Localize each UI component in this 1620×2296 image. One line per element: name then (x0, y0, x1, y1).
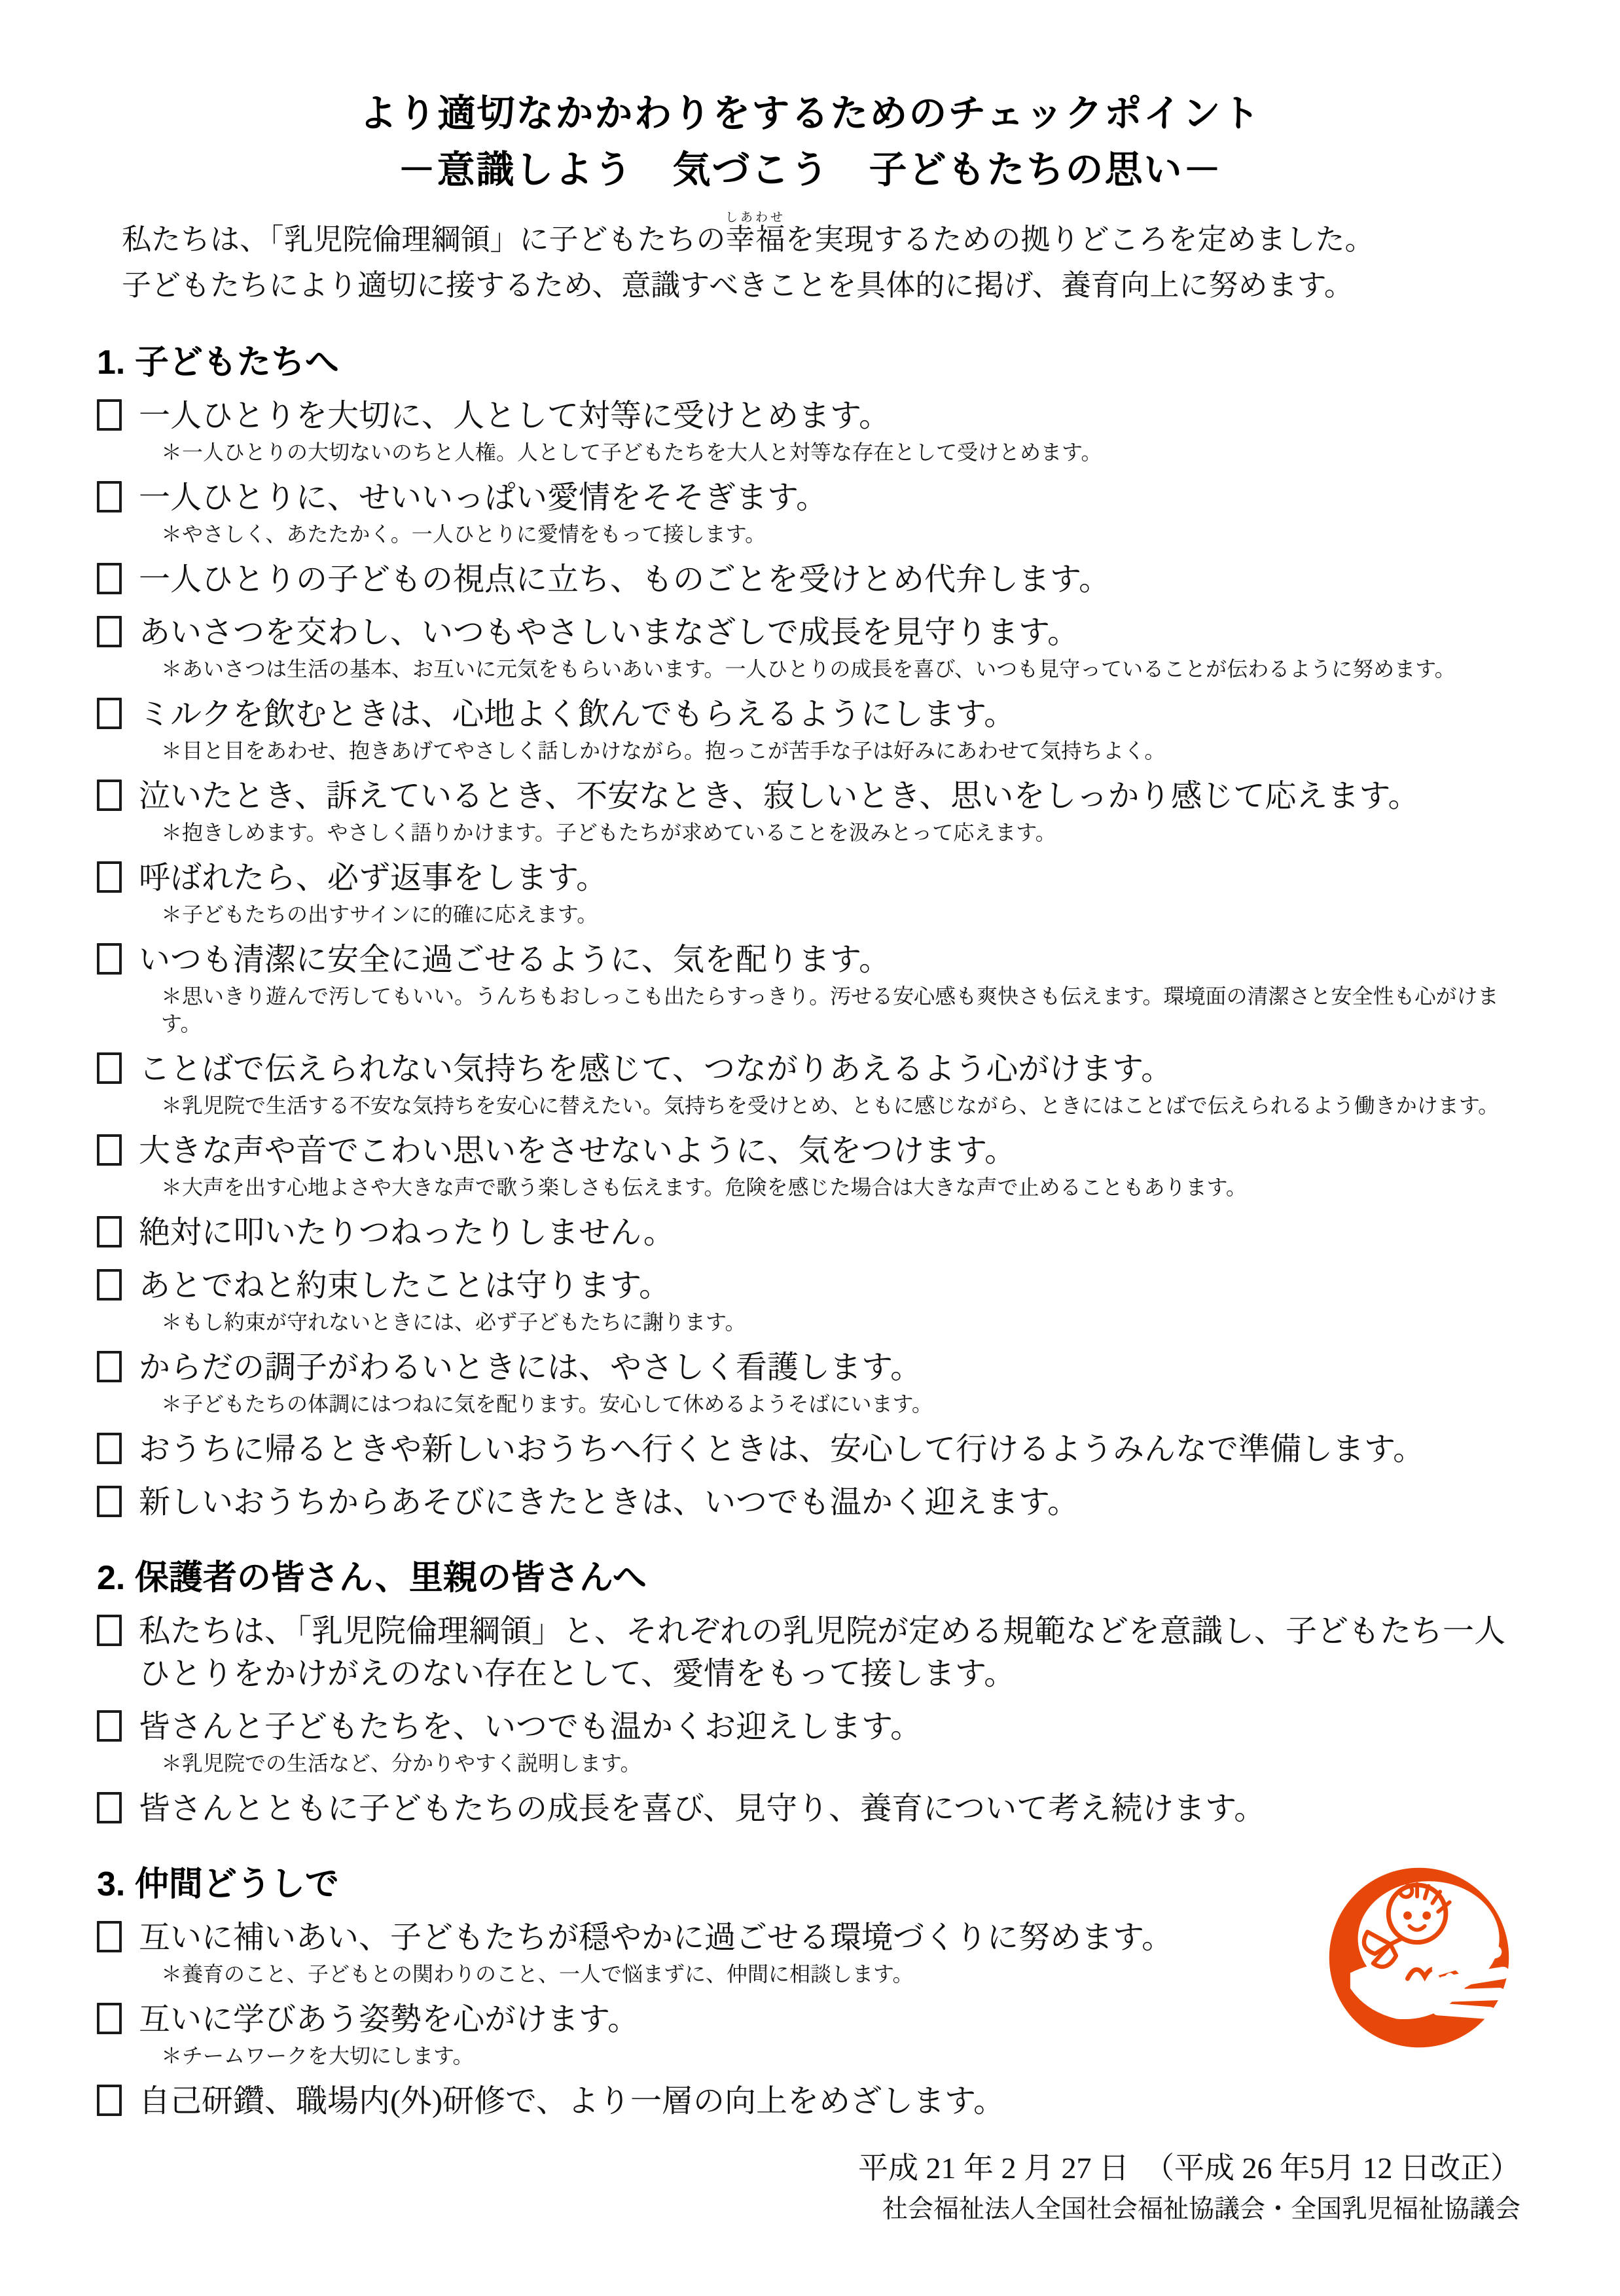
checklist-item: 新しいおうちからあそびにきたときは、いつでも温かく迎えます。 (97, 1481, 1523, 1524)
checklist-item: 一人ひとりを大切に、人として対等に受けとめます。 (97, 395, 1523, 437)
checklist-item-note: ＊子どもたちの体調にはつねに気を配ります。安心して休めるようそばにいます。 (161, 1390, 1523, 1418)
checkbox-icon[interactable] (97, 399, 122, 431)
checklist-item-label: 大きな声や音でこわい思いをさせないように、気をつけます。 (139, 1130, 1523, 1172)
checklist-item: ことばで伝えられない気持ちを感じて、つながりあえるよう心がけます。 (97, 1048, 1523, 1090)
checklist-item-note: ＊もし約束が守れないときには、必ず子どもたちに謝ります。 (161, 1308, 1523, 1336)
checkbox-icon[interactable] (97, 1792, 122, 1823)
checkbox-icon[interactable] (97, 1486, 122, 1517)
intro-line-1: 私たちは、「乳児院倫理綱領」に子どもたちの幸福しあわせを実現するための拠りどころ… (122, 211, 1498, 262)
intro-line1-after: を実現するための拠りどころを定めました。 (785, 223, 1375, 256)
checklist-item-label: 泣いたとき、訴えているとき、不安なとき、寂しいとき、思いをしっかり感じて応えます… (139, 775, 1523, 817)
checklist-item-note: ＊目と目をあわせ、抱きあげてやさしく話しかけながら。抱っこが苦手な子は好みにあわ… (161, 737, 1523, 764)
checklist-item-note: ＊思いきり遊んで汚してもいい。うんちもおしっこも出たらすっきり。汚せる安心感も爽… (161, 982, 1523, 1037)
checklist-item-label: いつも清潔に安全に過ごせるように、気を配ります。 (139, 939, 1523, 981)
checklist-item: 互いに学びあう姿勢を心がけます。 (97, 1998, 1523, 2041)
checkbox-icon[interactable] (97, 1710, 122, 1742)
checklist-item-note: ＊抱きしめます。やさしく語りかけます。子どもたちが求めていることを汲みとって応え… (161, 819, 1523, 846)
checklist-item-label: 私たちは、「乳児院倫理綱領」と、それぞれの乳児院が定める規範などを意識し、子ども… (139, 1610, 1523, 1695)
checklist-item-label: あいさつを交わし、いつもやさしいまなざしで成長を見守ります。 (139, 611, 1523, 654)
checkbox-icon[interactable] (97, 1351, 122, 1382)
checklist-item: おうちに帰るときや新しいおうちへ行くときは、安心して行けるようみんなで準備します… (97, 1428, 1523, 1471)
checkbox-icon[interactable] (97, 1134, 122, 1166)
intro-line1-before: 私たちは、「乳児院倫理綱領」に子どもたちの (122, 223, 726, 256)
checklist-item-label: 一人ひとりの子どもの視点に立ち、ものごとを受けとめ代弁します。 (139, 558, 1523, 601)
checkbox-icon[interactable] (97, 563, 122, 594)
checklist-item-label: ことばで伝えられない気持ちを感じて、つながりあえるよう心がけます。 (139, 1048, 1523, 1090)
checklist-item: ミルクを飲むときは、心地よく飲んでもらえるようにします。 (97, 693, 1523, 736)
checkbox-icon[interactable] (97, 1615, 122, 1646)
checklist-item-note: ＊乳児院で生活する不安な気持ちを安心に替えたい。気持ちを受けとめ、ともに感じなが… (161, 1092, 1523, 1119)
intro-paragraph: 私たちは、「乳児院倫理綱領」に子どもたちの幸福しあわせを実現するための拠りどころ… (97, 211, 1523, 308)
checklist-item: 一人ひとりの子どもの視点に立ち、ものごとを受けとめ代弁します。 (97, 558, 1523, 601)
checklist-item: 呼ばれたら、必ず返事をします。 (97, 857, 1523, 899)
checklist-item-label: 皆さんと子どもたちを、いつでも温かくお迎えします。 (139, 1706, 1523, 1748)
checkbox-icon[interactable] (97, 1216, 122, 1247)
checklist-item-label: 互いに学びあう姿勢を心がけます。 (139, 1998, 1523, 2041)
section-heading-guardians: 2. 保護者の皆さん、里親の皆さんへ (97, 1556, 1523, 1600)
checklist-item-label: ミルクを飲むときは、心地よく飲んでもらえるようにします。 (139, 693, 1523, 736)
intro-line-2: 子どもたちにより適切に接するため、意識すべきことを具体的に掲げ、養育向上に努めま… (122, 262, 1498, 308)
checklist-item-note: ＊養育のこと、子どもとの関わりのこと、一人で悩まずに、仲間に相談します。 (161, 1960, 1523, 1988)
checkbox-icon[interactable] (97, 481, 122, 512)
checklist-item-note: ＊あいさつは生活の基本、お互いに元気をもらいあいます。一人ひとりの成長を喜び、い… (161, 655, 1523, 683)
footer-date: 平成 21 年 2 月 27 日 （平成 26 年5月 12 日改正） (97, 2149, 1523, 2188)
checklist-item: あとでねと約束したことは守ります。 (97, 1265, 1523, 1307)
checkbox-icon[interactable] (97, 698, 122, 729)
checklist-item-label: からだの調子がわるいときには、やさしく看護します。 (139, 1346, 1523, 1389)
checkbox-icon[interactable] (97, 943, 122, 975)
checkbox-icon[interactable] (97, 780, 122, 811)
checklist-item: 泣いたとき、訴えているとき、不安なとき、寂しいとき、思いをしっかり感じて応えます… (97, 775, 1523, 817)
checklist-item: 絶対に叩いたりつねったりしません。 (97, 1211, 1523, 1254)
checklist-item-label: 互いに補いあい、子どもたちが穏やかに過ごせる環境づくりに努めます。 (139, 1916, 1523, 1959)
checklist-item: 一人ひとりに、せいいっぱい愛情をそそぎます。 (97, 476, 1523, 519)
checklist-item-note: ＊チームワークを大切にします。 (161, 2042, 1523, 2070)
checkbox-icon[interactable] (97, 1052, 122, 1084)
checkbox-icon[interactable] (97, 1433, 122, 1464)
checklist-item-label: 皆さんとともに子どもたちの成長を喜び、見守り、養育について考え続けます。 (139, 1787, 1523, 1830)
checkbox-icon[interactable] (97, 2003, 122, 2034)
checklist-item: 皆さんと子どもたちを、いつでも温かくお迎えします。 (97, 1706, 1523, 1748)
checkbox-icon[interactable] (97, 861, 122, 893)
baby-in-hand-logo-svg (1323, 1862, 1515, 2053)
checkbox-icon[interactable] (97, 2085, 122, 2116)
checklist-item-note: ＊やさしく、あたたかく。一人ひとりに愛情をもって接します。 (161, 520, 1523, 548)
checklist-item: いつも清潔に安全に過ごせるように、気を配ります。 (97, 939, 1523, 981)
checklist-item: からだの調子がわるいときには、やさしく看護します。 (97, 1346, 1523, 1389)
checklist-item: あいさつを交わし、いつもやさしいまなざしで成長を見守ります。 (97, 611, 1523, 654)
checklist-item: 私たちは、「乳児院倫理綱領」と、それぞれの乳児院が定める規範などを意識し、子ども… (97, 1610, 1523, 1695)
checklist-item-label: 自己研鑽、職場内(外)研修で、より一層の向上をめざします。 (139, 2080, 1523, 2123)
checklist-item-label: 絶対に叩いたりつねったりしません。 (139, 1211, 1523, 1254)
checkbox-icon[interactable] (97, 616, 122, 647)
section-heading-children: 1. 子どもたちへ (97, 341, 1523, 384)
ruby-text: しあわせ (725, 211, 785, 224)
checklist-item: 自己研鑽、職場内(外)研修で、より一層の向上をめざします。 (97, 2080, 1523, 2123)
checklist-item: 大きな声や音でこわい思いをさせないように、気をつけます。 (97, 1130, 1523, 1172)
checkbox-icon[interactable] (97, 1269, 122, 1300)
checklist-item-label: 呼ばれたら、必ず返事をします。 (139, 857, 1523, 899)
checklist-item-note: ＊一人ひとりの大切ないのちと人権。人として子どもたちを大人と対等な存在として受け… (161, 439, 1523, 466)
ruby-base: 幸福 (725, 223, 785, 256)
checklist-item-note: ＊子どもたちの出すサインに的確に応えます。 (161, 901, 1523, 928)
footer-organization: 社会福祉法人全国社会福祉協議会・全国乳児福祉協議会 (97, 2193, 1523, 2226)
checklist-item-label: 一人ひとりを大切に、人として対等に受けとめます。 (139, 395, 1523, 437)
checklist-item-label: あとでねと約束したことは守ります。 (139, 1265, 1523, 1307)
checklist-item-note: ＊乳児院での生活など、分かりやすく説明します。 (161, 1749, 1523, 1777)
checkbox-icon[interactable] (97, 1921, 122, 1952)
ruby-shiawase: 幸福しあわせ (726, 223, 785, 256)
baby-in-hand-logo (1323, 1862, 1515, 2053)
page-title: より適切なかかわりをするためのチェックポイント (97, 90, 1523, 137)
checklist-item: 互いに補いあい、子どもたちが穏やかに過ごせる環境づくりに努めます。 (97, 1916, 1523, 1959)
checklist-item-label: おうちに帰るときや新しいおうちへ行くときは、安心して行けるようみんなで準備します… (139, 1428, 1523, 1471)
page-subtitle: －意識しよう 気づこう 子どもたちの思い－ (97, 147, 1523, 194)
document-page: { "title_line1": "より適切なかかわりをするためのチェックポイン… (0, 0, 1620, 2296)
section-heading-colleagues: 3. 仲間どうしで (97, 1863, 1523, 1906)
checklist-item-note: ＊大声を出す心地よさや大きな声で歌う楽しさも伝えます。危険を感じた場合は大きな声… (161, 1174, 1523, 1201)
checklist-item-label: 一人ひとりに、せいいっぱい愛情をそそぎます。 (139, 476, 1523, 519)
checklist-item-label: 新しいおうちからあそびにきたときは、いつでも温かく迎えます。 (139, 1481, 1523, 1524)
checklist-item: 皆さんとともに子どもたちの成長を喜び、見守り、養育について考え続けます。 (97, 1787, 1523, 1830)
